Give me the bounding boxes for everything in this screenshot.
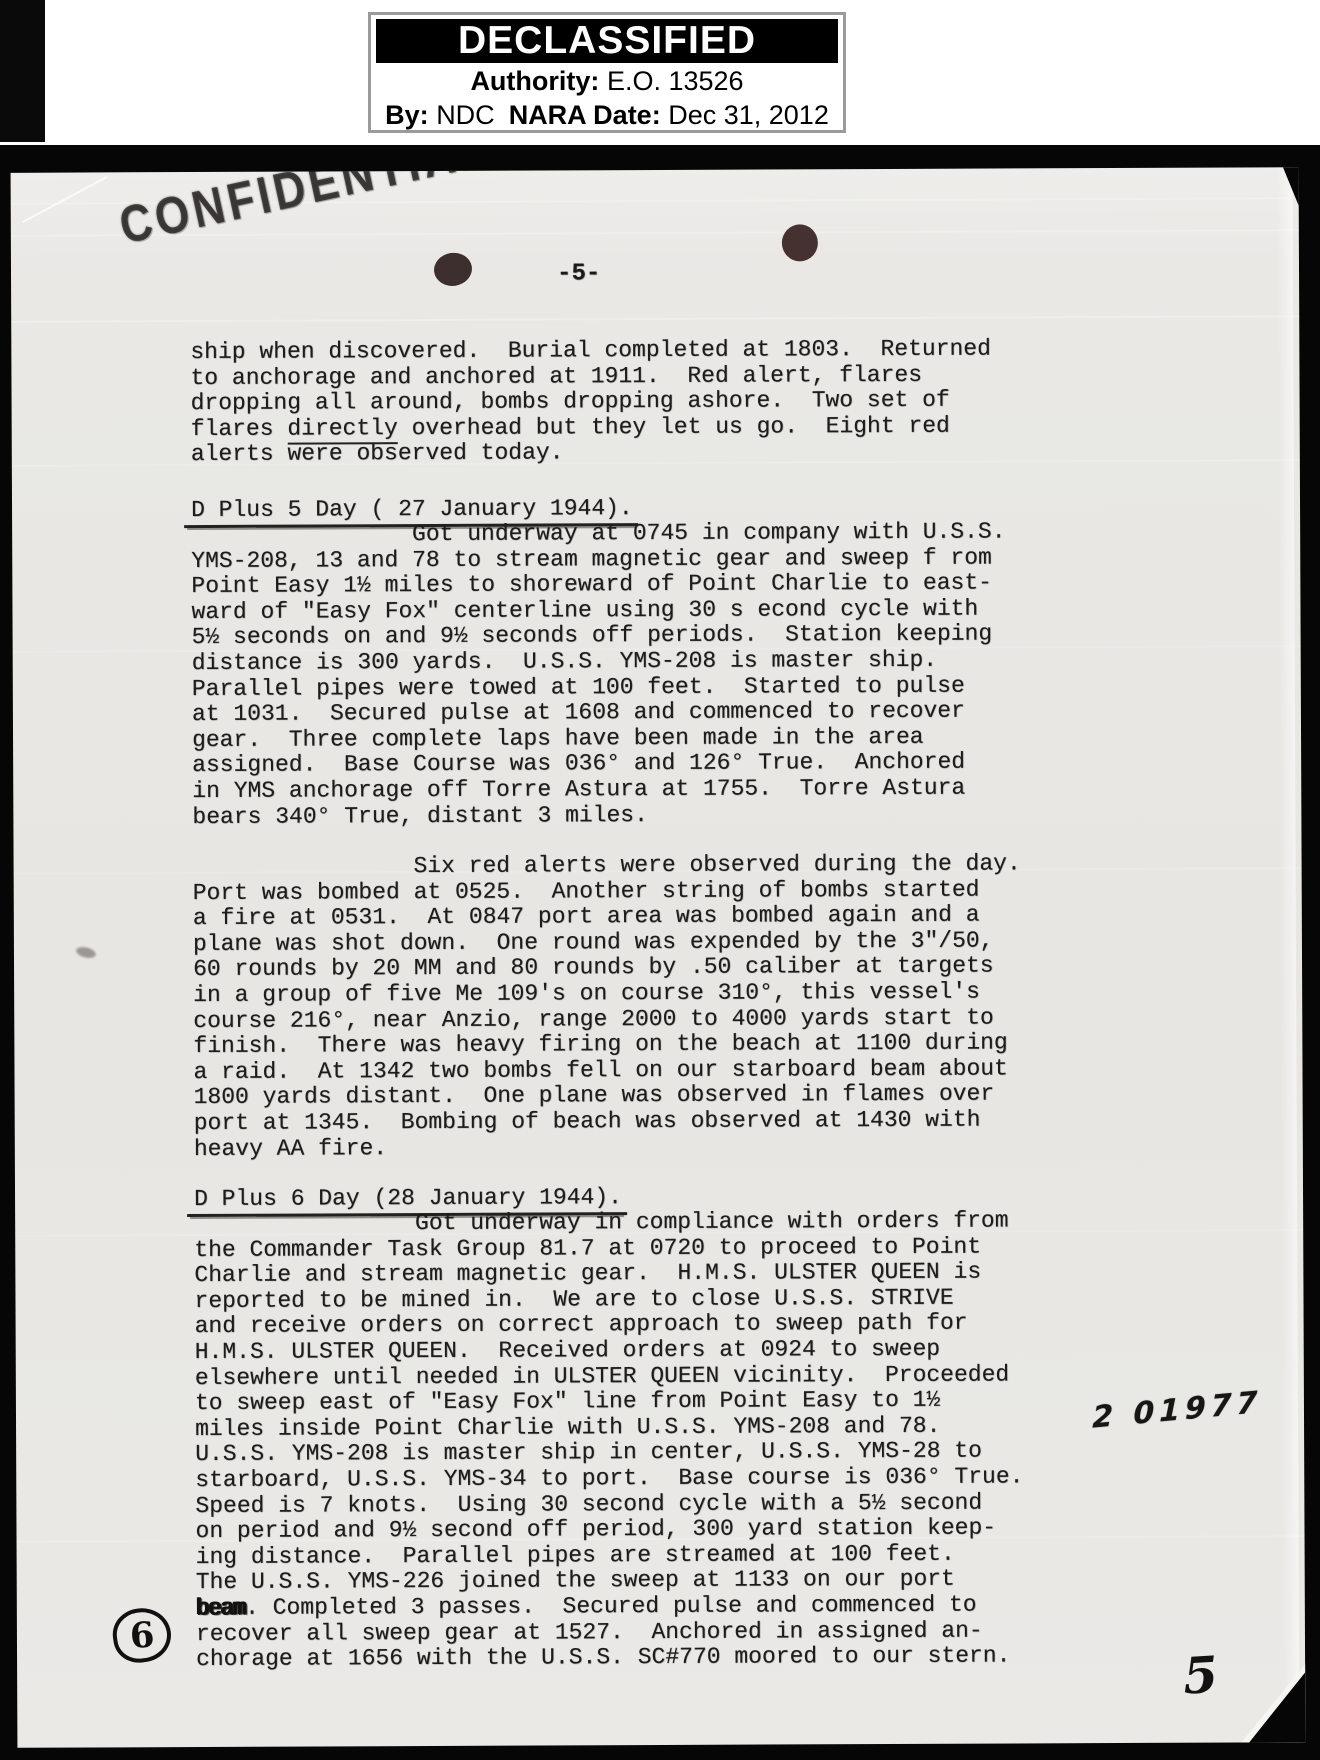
authority-value: E.O. 13526	[607, 66, 744, 96]
typewritten-line: chorage at 1656 with the U.S.S. SC#770 m…	[196, 1644, 1024, 1673]
paper-edge-highlight	[1277, 167, 1300, 1742]
paragraph-d-plus-5-alerts: Six red alerts were observed during the …	[193, 851, 1022, 1162]
page-top-corner-shadow	[1283, 167, 1300, 208]
circled-page-mark-digit: 6	[128, 1614, 155, 1657]
top-white-band: DECLASSIFIED Authority: E.O. 13526 By: N…	[0, 0, 1320, 145]
declassification-banner: DECLASSIFIED Authority: E.O. 13526 By: N…	[368, 12, 846, 133]
typewritten-line: bears 340° True, distant 3 miles.	[192, 801, 1006, 830]
nara-date-value: Dec 31, 2012	[668, 100, 829, 130]
serial-number-stamp: 2 01977	[1092, 1385, 1262, 1436]
margin-smudge	[75, 945, 97, 959]
paragraph-d-plus-5-sweep: Got underway at 0745 in company with U.S…	[191, 519, 1007, 830]
scan-background: CONFIDENTIAL.,. -5- ship when discovered…	[0, 145, 1320, 1760]
typewritten-line: alerts were observed today.	[191, 439, 992, 468]
nara-date-label: NARA Date:	[509, 100, 661, 130]
declassified-title-bar: DECLASSIFIED	[376, 19, 838, 63]
authority-line: Authority: E.O. 13526	[470, 66, 743, 97]
circled-page-mark: 6	[109, 1604, 174, 1666]
scanned-document-page: DECLASSIFIED Authority: E.O. 13526 By: N…	[0, 0, 1320, 1760]
heading-d-plus-5-day: D Plus 5 Day ( 27 January 1944).	[191, 495, 638, 523]
confidential-stamp: CONFIDENTIAL.,.	[114, 167, 517, 256]
by-label: By:	[385, 100, 429, 130]
authority-label: Authority:	[470, 66, 599, 96]
typewritten-line: heavy AA fire.	[194, 1133, 1022, 1162]
handwritten-page-number: 5	[1181, 1645, 1219, 1706]
punch-hole-left	[432, 250, 474, 288]
scan-streak	[11, 315, 1299, 323]
heading-d-plus-6-day: D Plus 6 Day (28 January 1944).	[194, 1184, 627, 1212]
typewritten-line: in YMS anchorage off Torre Astura at 175…	[192, 775, 1006, 804]
confidential-stamp-text: CONFIDENTIAL	[114, 167, 493, 255]
typewritten-line: port at 1345. Bombing of beach was obser…	[194, 1107, 1022, 1136]
typewritten-line: flares directly overhead but they let us…	[191, 413, 992, 442]
punch-hole-right	[782, 224, 818, 261]
by-line: By: NDCNARA Date: Dec 31, 2012	[385, 100, 829, 131]
declassified-title: DECLASSIFIED	[458, 19, 756, 63]
by-value: NDC	[436, 100, 495, 130]
paragraph-d-plus-6-sweep: Got underway in compliance with orders f…	[194, 1208, 1024, 1672]
paper-sheet: CONFIDENTIAL.,. -5- ship when discovered…	[11, 167, 1306, 1748]
page-number: -5-	[557, 260, 600, 287]
paragraph-continued-entry: ship when discovered. Burial completed a…	[190, 337, 991, 468]
paper-crease	[22, 176, 108, 223]
scan-corner-artifact	[0, 0, 45, 142]
page-corner-shadow	[1248, 1671, 1305, 1743]
